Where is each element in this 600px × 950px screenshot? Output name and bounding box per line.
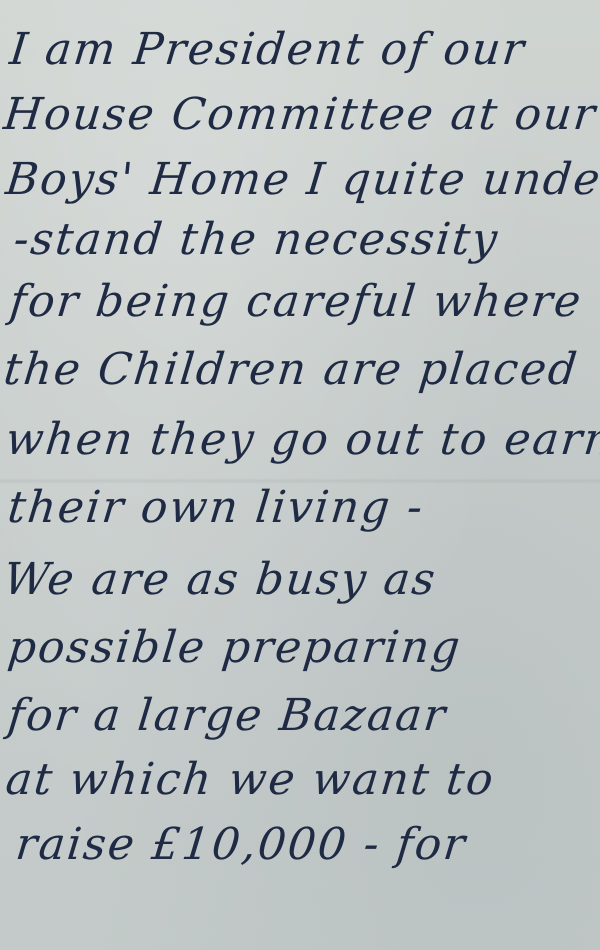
letter-line: Boys' Home I quite under-	[3, 150, 600, 210]
letter-line: -stand the necessity	[11, 210, 502, 270]
letter-line: I am President of our	[7, 20, 529, 80]
letter-line: for being careful where	[7, 272, 586, 332]
letter-line: their own living -	[5, 478, 427, 538]
letter-line: House Committee at our	[1, 85, 600, 145]
letter-line: the Children are placed	[1, 340, 582, 400]
letter-page: I am President of our House Committee at…	[0, 0, 600, 950]
letter-line: when they go out to earn	[3, 410, 600, 470]
letter-line: for a large Bazaar	[5, 686, 450, 746]
letter-line: We are as busy as	[1, 550, 440, 610]
letter-line: at which we want to	[3, 750, 498, 810]
letter-line: raise £10,000 - for	[13, 815, 470, 875]
letter-line: possible preparing	[5, 618, 465, 678]
